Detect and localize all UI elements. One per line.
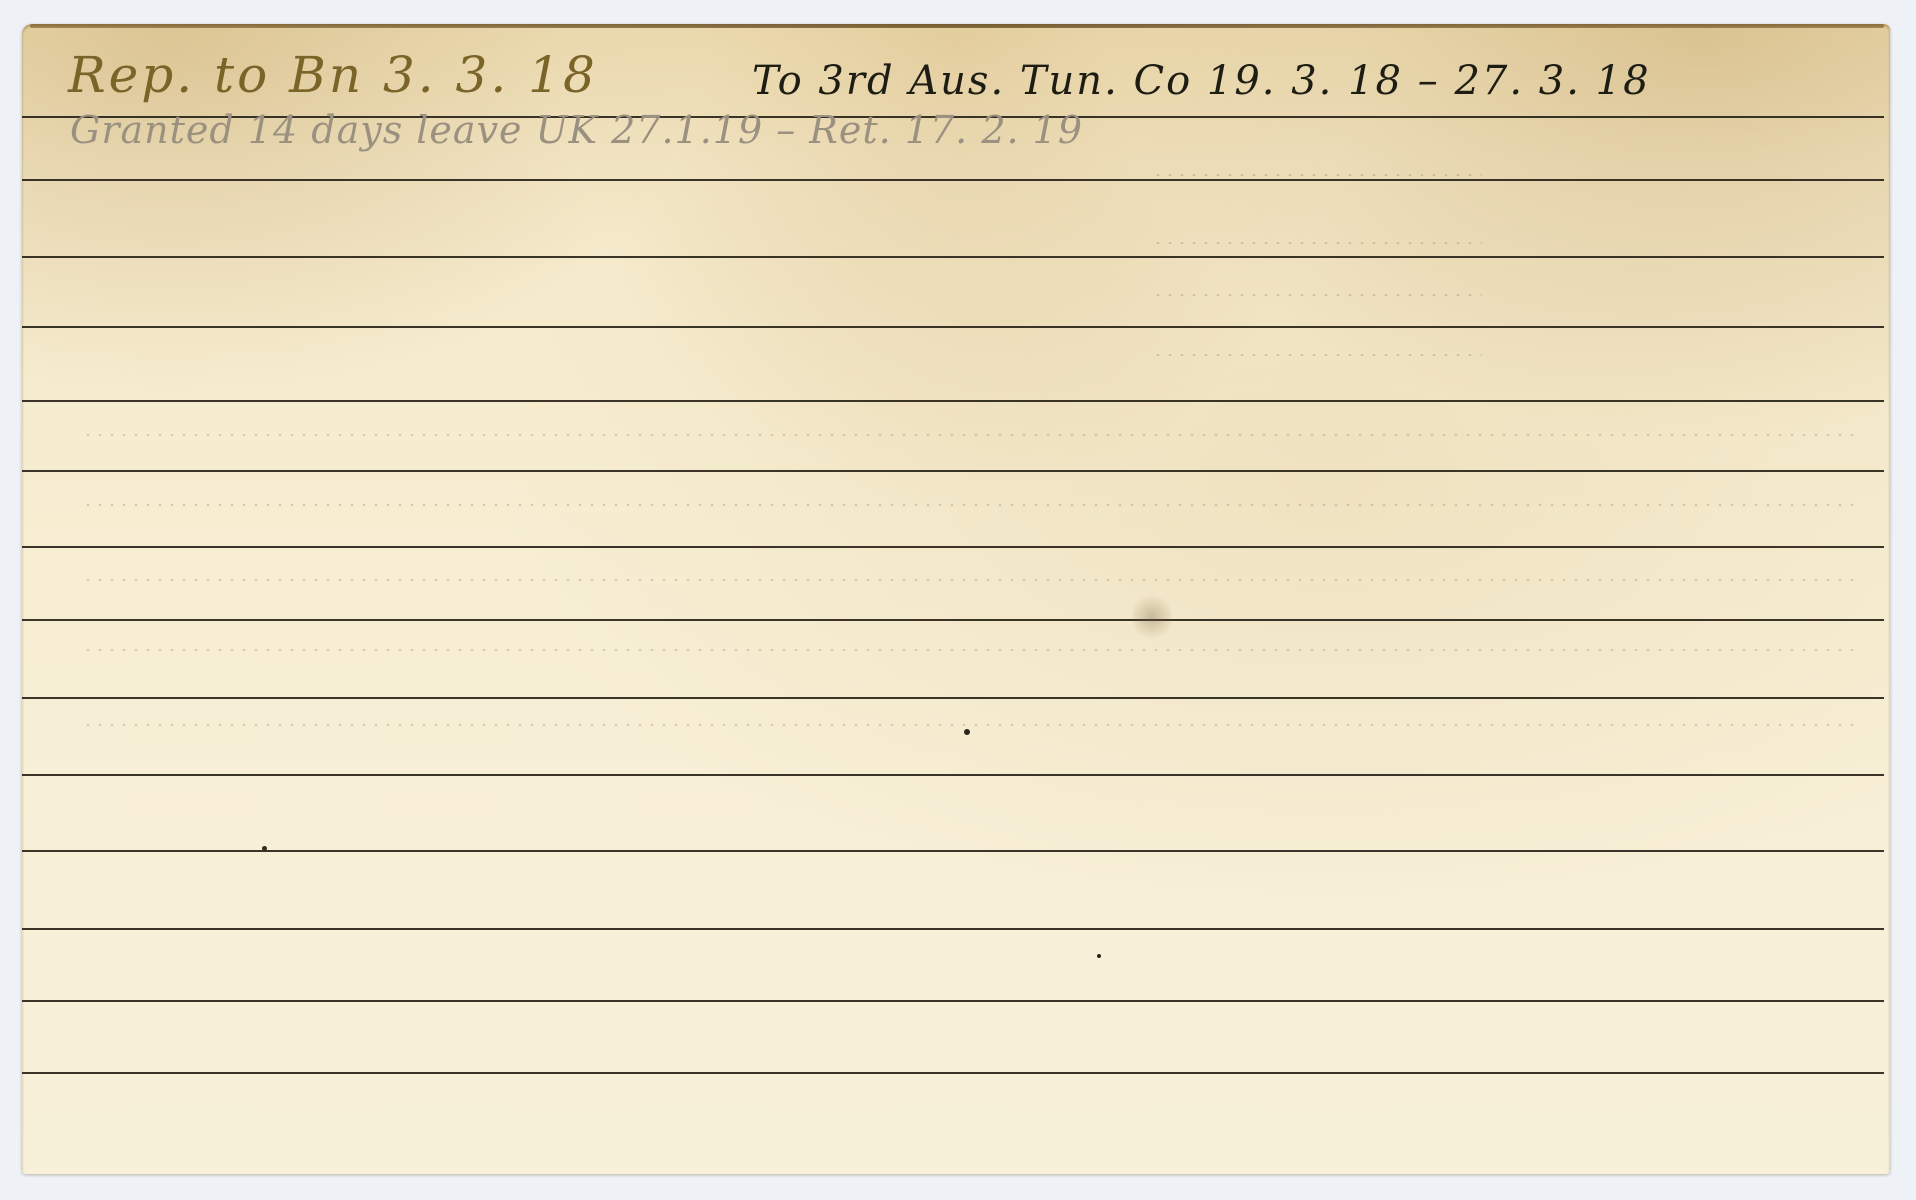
faint-dotted-guide [1152,174,1482,176]
stain-mark [1097,954,1101,958]
ruled-line [22,400,1884,402]
handwritten-entry-rejoined-battalion: Rep. to Bn 3. 3. 18 [68,46,598,104]
faint-dotted-guide [1152,242,1482,244]
ruled-line [22,774,1884,776]
faint-dotted-guide [1152,294,1482,296]
ruled-line [22,850,1884,852]
index-card: Rep. to Bn 3. 3. 18 To 3rd Aus. Tun. Co … [22,24,1890,1174]
faint-dotted-guide [1152,354,1482,356]
ruled-line [22,546,1884,548]
ruled-line [22,1000,1884,1002]
stain-mark [964,729,970,735]
ruled-line [22,179,1884,181]
faint-dotted-guide [82,504,1862,506]
stain-mark [1132,592,1172,642]
ruled-line [22,619,1884,621]
ruled-line [22,326,1884,328]
card-top-edge [30,24,1884,28]
ruled-line [22,697,1884,699]
stain-mark [262,846,267,851]
ruled-line [22,1072,1884,1074]
handwritten-entry-tunnelling-company: To 3rd Aus. Tun. Co 19. 3. 18 – 27. 3. 1… [752,58,1651,104]
faint-dotted-guide [82,724,1862,726]
ruled-line [22,256,1884,258]
ruled-line [22,928,1884,930]
ruled-line [22,470,1884,472]
faint-dotted-guide [82,579,1862,581]
faint-dotted-guide [82,434,1862,436]
handwritten-entry-leave-granted: Granted 14 days leave UK 27.1.19 – Ret. … [70,108,1083,152]
faint-dotted-guide [82,649,1862,651]
